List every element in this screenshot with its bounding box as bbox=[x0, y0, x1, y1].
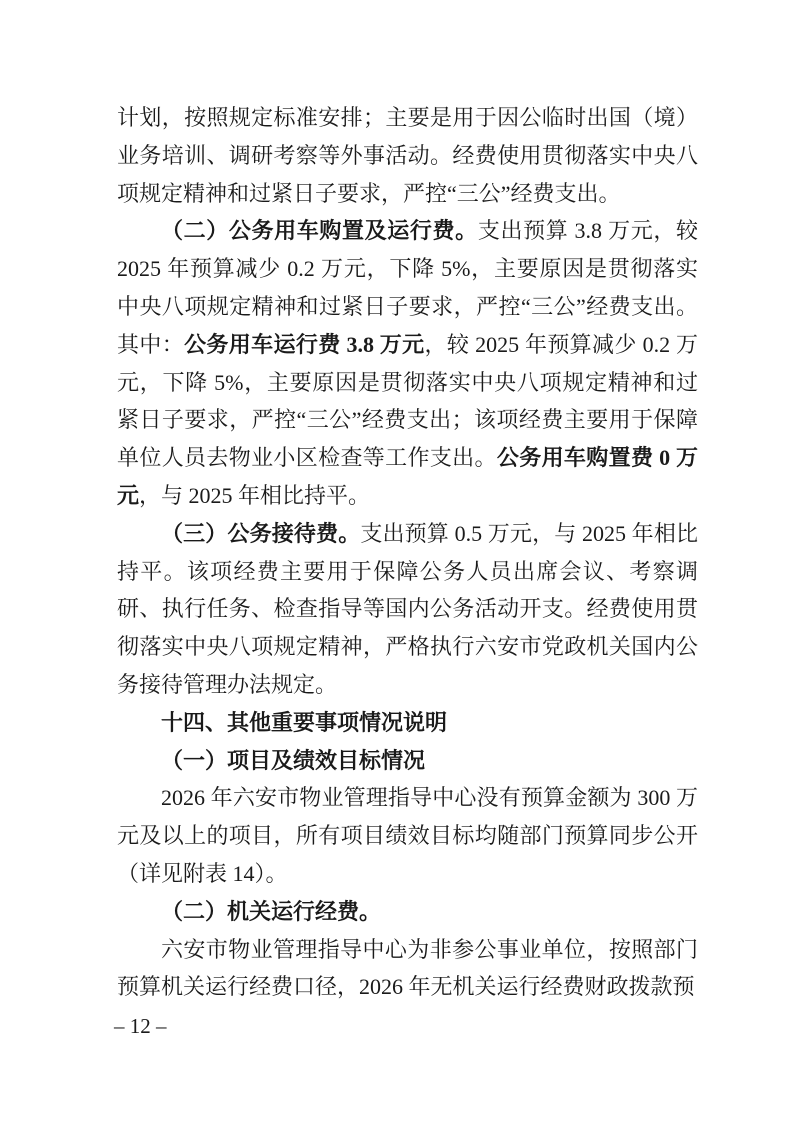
vehicle-expenses-text-3: ，与 2025 年相比持平。 bbox=[139, 483, 370, 508]
document-body: 计划，按照规定标准安排；主要是用于因公临时出国（境）业务培训、调研考察等外事活动… bbox=[117, 99, 698, 1006]
section-14-sub2-title: （二）机关运行经费。 bbox=[117, 893, 698, 931]
document-page: 计划，按照规定标准安排；主要是用于因公临时出国（境）业务培训、调研考察等外事活动… bbox=[0, 0, 793, 1122]
section-14-sub1-title: （一）项目及绩效目标情况 bbox=[117, 742, 698, 780]
paragraph-reception-expenses: （三）公务接待费。支出预算 0.5 万元，与 2025 年相比持平。该项经费主要… bbox=[117, 515, 698, 704]
vehicle-operating-cost-bold: 公务用车运行费 3.8 万元 bbox=[184, 332, 424, 357]
reception-expenses-text: 支出预算 0.5 万元，与 2025 年相比持平。该项经费主要用于保障公务人员出… bbox=[117, 521, 698, 697]
section-14-title: 十四、其他重要事项情况说明 bbox=[117, 704, 698, 742]
paragraph-foreign-affairs-continuation: 计划，按照规定标准安排；主要是用于因公临时出国（境）业务培训、调研考察等外事活动… bbox=[117, 99, 698, 212]
reception-expenses-heading: （三）公务接待费。 bbox=[161, 521, 360, 546]
paragraph-project-performance: 2026 年六安市物业管理指导中心没有预算金额为 300 万元及以上的项目，所有… bbox=[117, 779, 698, 892]
paragraph-vehicle-expenses: （二）公务用车购置及运行费。支出预算 3.8 万元，较 2025 年预算减少 0… bbox=[117, 212, 698, 514]
paragraph-agency-operating-funds: 六安市物业管理指导中心为非参公事业单位，按照部门预算机关运行经费口径，2026 … bbox=[117, 931, 698, 1007]
vehicle-expenses-heading: （二）公务用车购置及运行费。 bbox=[161, 218, 478, 243]
page-number: – 12 – bbox=[114, 1011, 167, 1041]
